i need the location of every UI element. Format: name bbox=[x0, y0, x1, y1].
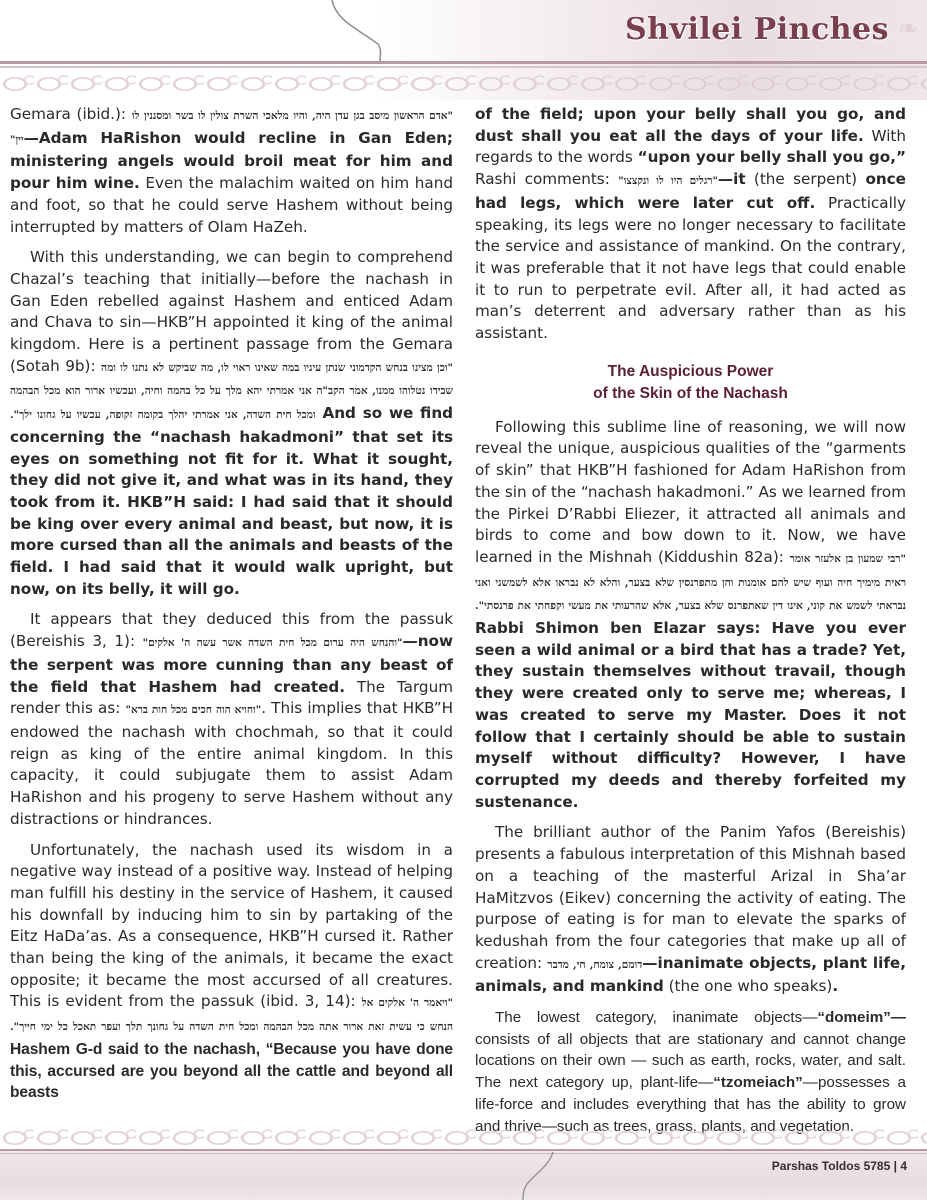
text: The brilliant author of the Panim Yafos … bbox=[475, 823, 906, 971]
text: . This implies that HKB”H endowed the na… bbox=[10, 699, 453, 828]
separator: | bbox=[894, 1159, 897, 1173]
paragraph: of the field; upon your belly shall you … bbox=[475, 104, 906, 345]
heading-line: of the Skin of the Nachash bbox=[593, 385, 788, 402]
paragraph: The brilliant author of the Panim Yafos … bbox=[475, 822, 906, 998]
hebrew-quote: דומם, צומח, חי, מדבר bbox=[547, 959, 642, 971]
folio: Parshas Toldos 5785 | 4 bbox=[772, 1159, 907, 1173]
header-swoosh-decoration bbox=[330, 0, 390, 62]
paragraph: Unfortunately, the nachash used its wisd… bbox=[10, 840, 453, 1104]
bold-translation: of the field; upon your belly shall you … bbox=[475, 105, 906, 145]
bold-term: “tzomeiach” bbox=[713, 1074, 802, 1091]
bold-translation: Rabbi Shimon ben Elazar says: Have you e… bbox=[475, 619, 906, 811]
right-column: of the field; upon your belly shall you … bbox=[475, 104, 906, 1146]
text: The lowest category, inanimate objects— bbox=[495, 1009, 817, 1026]
paragraph: Following this sublime line of reasoning… bbox=[475, 417, 906, 814]
left-column: Gemara (ibid.): "אדם הראשון מיסב בגן עדן… bbox=[10, 104, 453, 1113]
hebrew-quote: "רגלים היו לו ונקצצו" bbox=[618, 175, 718, 187]
bold-quote: “upon your belly shall you go,” bbox=[638, 148, 906, 166]
footer-divider-thin bbox=[0, 1153, 927, 1154]
page-number: 4 bbox=[900, 1159, 907, 1173]
text: Unfortunately, the nachash used its wisd… bbox=[10, 841, 453, 1011]
paragraph: Gemara (ibid.): "אדם הראשון מיסב בגן עדן… bbox=[10, 104, 453, 238]
text: Practically speaking, its legs were no l… bbox=[475, 194, 906, 342]
bold-translation: Hashem G-d said to the nachash, “Because… bbox=[10, 1041, 453, 1101]
bold-text: —it bbox=[718, 170, 746, 188]
bottom-ornamental-border bbox=[0, 1124, 927, 1150]
text: With this understanding, we can begin to… bbox=[10, 248, 453, 375]
top-ornamental-border bbox=[0, 70, 927, 96]
footer-divider bbox=[0, 1149, 927, 1151]
text: Following this sublime line of reasoning… bbox=[475, 418, 906, 566]
text: Rashi comments: bbox=[475, 170, 618, 188]
text: (the one who speaks) bbox=[664, 977, 833, 995]
header-divider bbox=[0, 61, 927, 64]
page-footer bbox=[0, 1150, 927, 1200]
bold-term: “domeim”— bbox=[817, 1009, 906, 1026]
text: (the serpent) bbox=[746, 170, 866, 188]
text: Gemara (ibid.): bbox=[10, 105, 132, 123]
section-heading: The Auspicious Power of the Skin of the … bbox=[475, 361, 906, 405]
publication-title: Shvilei Pinches bbox=[625, 12, 889, 47]
paragraph: The lowest category, inanimate objects—“… bbox=[475, 1007, 906, 1137]
issue-label: Parshas Toldos 5785 bbox=[772, 1159, 891, 1173]
hebrew-quote: "והנחש היה ערום מכל חית השדה אשר עשה ה' … bbox=[143, 637, 403, 649]
swirl-ornament-icon: ❧ bbox=[897, 14, 919, 44]
footer-swoosh-decoration bbox=[505, 1152, 565, 1200]
bold-translation: And so we find concerning the “nachash h… bbox=[10, 404, 453, 598]
text: . bbox=[832, 977, 838, 995]
paragraph: It appears that they deduced this from t… bbox=[10, 609, 453, 830]
heading-line: The Auspicious Power bbox=[608, 363, 774, 380]
paragraph: With this understanding, we can begin to… bbox=[10, 247, 453, 600]
header-divider-thin bbox=[0, 66, 927, 68]
hebrew-quote: "וחויא הוה חכים מכל חות ברא" bbox=[126, 704, 262, 716]
